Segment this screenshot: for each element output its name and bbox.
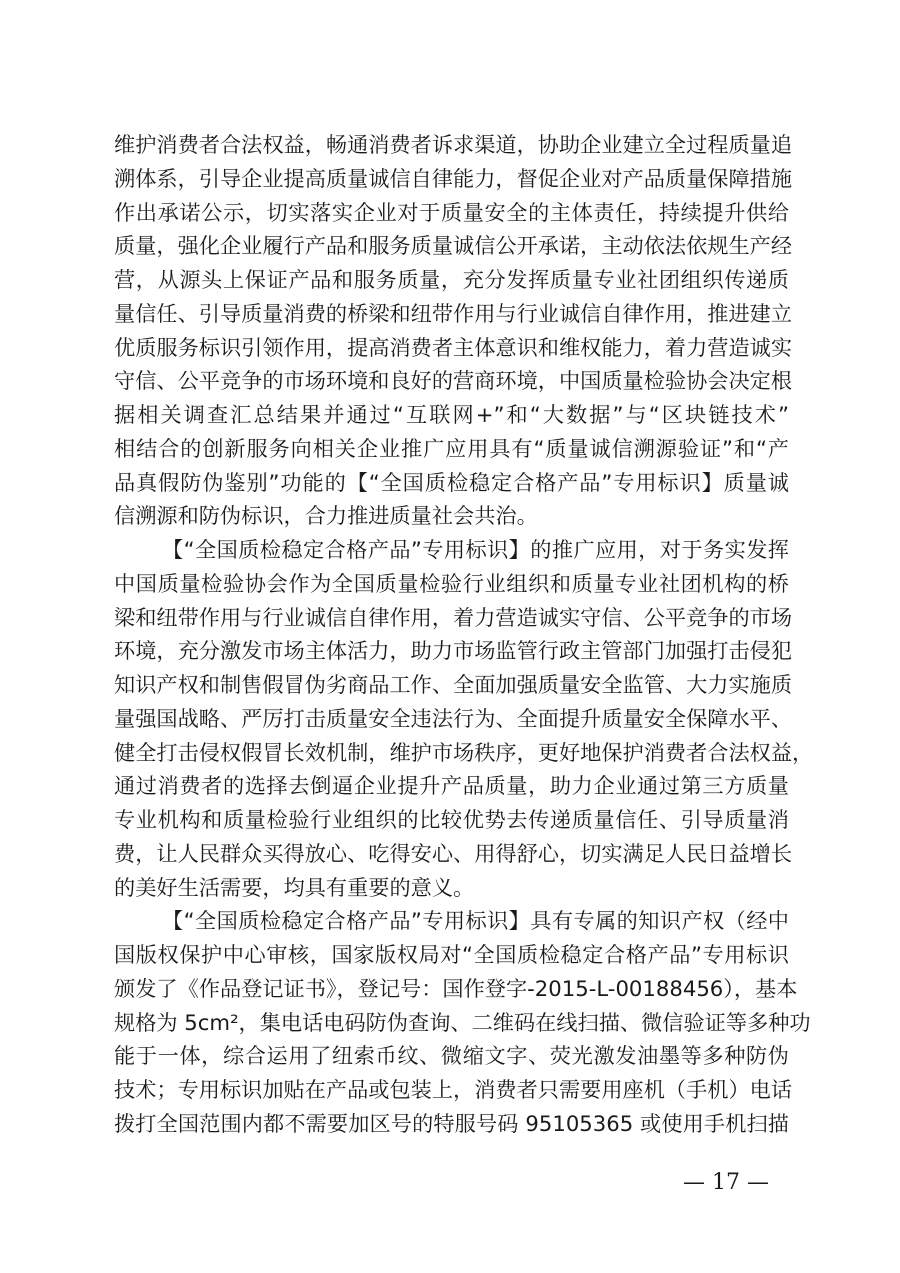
text-line: 中国质量检验协会作为全国质量检验行业组织和质量专业社团机构的桥 <box>114 567 789 601</box>
text-line: 颁发了《作品登记证书》，登记号：国作登字-2015-L-00188456），基本 <box>114 972 789 1006</box>
text-line: 规格为 5cm²，集电话电码防伪查询、二维码在线扫描、微信验证等多种功 <box>114 1006 789 1040</box>
text-line: 专业机构和质量检验行业组织的比较优势去传递质量信任、引导质量消 <box>114 803 789 837</box>
text-line: 费，让人民群众买得放心、吃得安心、用得舒心，切实满足人民日益增长 <box>114 837 789 871</box>
text-line: 【“全国质检稳定合格产品”专用标识】的推广应用，对于务实发挥 <box>114 533 789 567</box>
text-line: 环境，充分激发市场主体活力，助力市场监管行政主管部门加强打击侵犯 <box>114 634 789 668</box>
text-line: 技术；专用标识加贴在产品或包装上，消费者只需要用座机（手机）电话 <box>114 1073 789 1107</box>
text-line: 健全打击侵权假冒长效机制，维护市场秩序，更好地保护消费者合法权益， <box>114 736 789 770</box>
text-line: 作出承诺公示，切实落实企业对于质量安全的主体责任，持续提升供给 <box>114 196 789 230</box>
text-line: 通过消费者的选择去倒逼企业提升产品质量，助力企业通过第三方质量 <box>114 769 789 803</box>
text-line: 梁和纽带作用与行业诚信自律作用，着力营造诚实守信、公平竞争的市场 <box>114 601 789 635</box>
body-text: 维护消费者合法权益，畅通消费者诉求渠道，协助企业建立全过程质量追 溯体系，引导企… <box>114 128 789 1141</box>
text-line: 量信任、引导质量消费的桥梁和纽带作用与行业诚信自律作用，推进建立 <box>114 297 789 331</box>
text-line: 知识产权和制售假冒伪劣商品工作、全面加强质量安全监管、大力实施质 <box>114 668 789 702</box>
text-line: 信溯源和防伪标识，合力推进质量社会共治。 <box>114 499 789 533</box>
text-line: 营，从源头上保证产品和服务质量，充分发挥质量专业社团组织传递质 <box>114 263 789 297</box>
text-line: 能于一体，综合运用了纽索币纹、微缩文字、荧光激发油墨等多种防伪 <box>114 1039 789 1073</box>
text-line: 【“全国质检稳定合格产品”专用标识】具有专属的知识产权（经中 <box>114 904 789 938</box>
text-line: 量强国战略、严厉打击质量安全违法行为、全面提升质量安全保障水平、 <box>114 702 789 736</box>
document-page: 维护消费者合法权益，畅通消费者诉求渠道，协助企业建立全过程质量追 溯体系，引导企… <box>0 0 900 1273</box>
text-line: 拨打全国范围内都不需要加区号的特服号码 95105365 或使用手机扫描 <box>114 1107 789 1141</box>
text-line: 国版权保护中心审核，国家版权局对“全国质检稳定合格产品”专用标识 <box>114 938 789 972</box>
text-line: 相结合的创新服务向相关企业推广应用具有“质量诚信溯源验证”和“产 <box>114 432 789 466</box>
page-number: — 17 — <box>676 1170 776 1195</box>
text-line: 维护消费者合法权益，畅通消费者诉求渠道，协助企业建立全过程质量追 <box>114 128 789 162</box>
text-line: 质量，强化企业履行产品和服务质量诚信公开承诺，主动依法依规生产经 <box>114 229 789 263</box>
text-line: 据相关调查汇总结果并通过“互联网+”和“大数据”与“区块链技术” <box>114 398 789 432</box>
text-line: 优质服务标识引领作用，提高消费者主体意识和维权能力，着力营造诚实 <box>114 331 789 365</box>
text-line: 守信、公平竞争的市场环境和良好的营商环境，中国质量检验协会决定根 <box>114 364 789 398</box>
text-line: 的美好生活需要，均具有重要的意义。 <box>114 871 789 905</box>
text-line: 品真假防伪鉴别”功能的【“全国质检稳定合格产品”专用标识】质量诚 <box>114 466 789 500</box>
text-line: 溯体系，引导企业提高质量诚信自律能力，督促企业对产品质量保障措施 <box>114 162 789 196</box>
